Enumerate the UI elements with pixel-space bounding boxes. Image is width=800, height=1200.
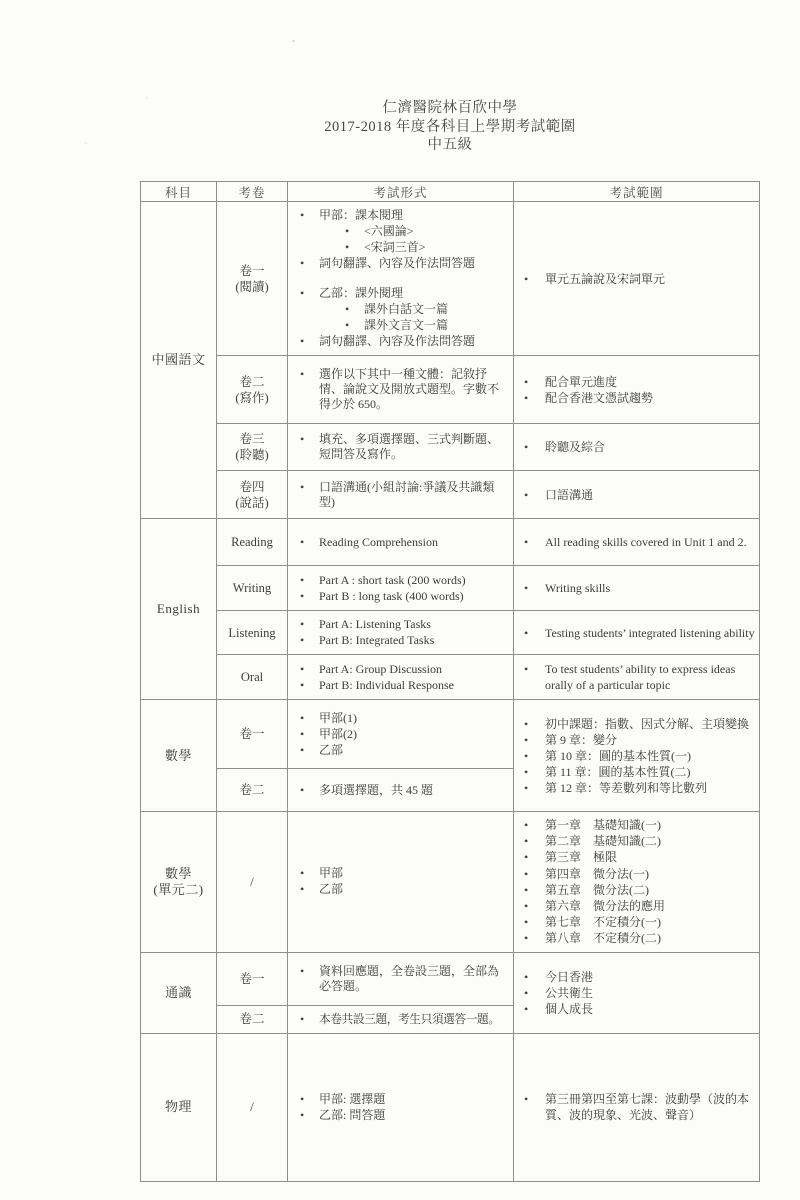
format-list: •多項選擇題，共 45 題 — [288, 777, 513, 804]
paper-cell: Listening — [217, 611, 288, 655]
format-text: 課外文言文一篇 — [364, 318, 509, 333]
bullet-icon: • — [524, 390, 545, 406]
scope-text: 第三章 極限 — [545, 849, 755, 865]
format-text: <宋詞三首> — [364, 240, 509, 255]
scope-item: •個人成長 — [524, 1001, 755, 1017]
bullet-icon: • — [524, 1001, 545, 1017]
table-row: 數學卷一•甲部(1)•甲部(2)•乙部•初中課題：指數、因式分解、主項變換•第 … — [141, 700, 760, 769]
scope-item: •第八章 不定積分(二) — [524, 930, 755, 946]
paper-label: 卷二 — [239, 1012, 264, 1026]
format-text: 多項選擇題，共 45 題 — [319, 783, 509, 798]
bullet-icon: • — [300, 535, 319, 550]
scope-item: •今日香港 — [524, 969, 755, 985]
format-item: •詞句翻譯、內容及作法問答題 — [300, 256, 509, 271]
scope-cell: •口語溝通 — [514, 471, 760, 519]
paper-label: (閱讀) — [235, 280, 268, 294]
paper-label: 卷二 — [239, 375, 264, 389]
bullet-icon: • — [524, 487, 545, 503]
bullet-icon: • — [345, 240, 364, 255]
bullet-icon: • — [300, 711, 319, 726]
bullet-icon: • — [524, 580, 545, 596]
format-text: 甲部：課本閱理 — [319, 208, 509, 223]
bullet-icon: • — [300, 964, 319, 979]
format-item: •甲部：課本閱理 — [300, 208, 509, 223]
scope-list: •初中課題：指數、因式分解、主項變換•第 9 章：變分•第 10 章：圓的基本性… — [514, 711, 759, 801]
format-text: 詞句翻譯、內容及作法問答題 — [319, 256, 509, 271]
bullet-icon: • — [524, 866, 545, 882]
format-text: 口語溝通(小組討論:爭議及共識類型) — [319, 480, 509, 510]
bullet-icon: • — [524, 985, 545, 1001]
bullet-icon: • — [300, 633, 319, 648]
bullet-icon: • — [300, 678, 319, 693]
bullet-icon: • — [300, 743, 319, 758]
format-item: •課外白話文一篇 — [345, 302, 509, 317]
format-item: •<宋詞三首> — [345, 240, 509, 255]
paper-label: 卷二 — [239, 783, 264, 797]
bullet-icon: • — [524, 817, 545, 833]
format-item: •乙部: 問答題 — [300, 1108, 509, 1123]
scope-item: •第 9 章：變分 — [524, 732, 755, 748]
format-item: •填充、多項選擇題、三式判斷題、短問答及寫作。 — [300, 432, 509, 462]
scope-text: 口語溝通 — [545, 487, 755, 503]
paper-cell: Oral — [217, 655, 288, 700]
bullet-icon: • — [300, 617, 319, 632]
bullet-icon: • — [300, 662, 319, 677]
bullet-icon: • — [524, 271, 545, 287]
scope-text: 個人成長 — [545, 1001, 755, 1017]
scope-text: 第七章 不定積分(一) — [545, 914, 755, 930]
format-text: <六國論> — [364, 224, 509, 239]
paper-label: 卷一 — [239, 727, 264, 741]
format-cell: •Part A: Group Discussion•Part B: Indivi… — [288, 655, 514, 700]
scope-list: •第三冊第四至第七課：波動學（波的本質、波的現象、光波、聲音） — [514, 1086, 759, 1128]
scope-item: •All reading skills covered in Unit 1 an… — [524, 534, 755, 550]
scope-text: 公共衛生 — [545, 985, 755, 1001]
table-row: Listening•Part A: Listening Tasks•Part B… — [141, 611, 760, 655]
format-cell: •選作以下其中一種文體：記敘抒情、論說文及開放式題型。字數不得少於 650。 — [288, 356, 514, 424]
format-cell: •Part A : short task (200 words)•Part B … — [288, 566, 514, 611]
bullet-icon: • — [524, 780, 545, 796]
scope-item: •第 11 章：圓的基本性質(二) — [524, 764, 755, 780]
bullet-icon: • — [300, 1108, 319, 1123]
subject-cell: 數學(單元二) — [141, 812, 217, 953]
format-text: 詞句翻譯、內容及作法問答題 — [319, 334, 509, 349]
format-text: 本卷共設三題，考生只須選答一題。 — [319, 1012, 509, 1027]
format-cell: •資料回應題，全卷設三題，全部為必答題。 — [288, 952, 514, 1005]
format-cell: •Reading Comprehension — [288, 519, 514, 566]
table-row: 中國語文卷一(閱讀)•甲部：課本閱理•<六國論>•<宋詞三首>•詞句翻譯、內容及… — [141, 202, 760, 356]
scope-text: 今日香港 — [545, 969, 755, 985]
format-text: 甲部 — [319, 866, 509, 881]
format-text: 乙部：課外閱理 — [319, 286, 509, 301]
paper-label: / — [250, 1100, 253, 1114]
format-text: 選作以下其中一種文體：記敘抒情、論說文及開放式題型。字數不得少於 650。 — [319, 367, 509, 412]
scope-list: •單元五論說及宋詞單元 — [514, 266, 759, 292]
bullet-icon: • — [300, 727, 319, 742]
paper-cell: Writing — [217, 566, 288, 611]
subject-label: English — [157, 601, 200, 616]
subject-label: 數學 — [165, 748, 192, 763]
bullet-icon: • — [524, 534, 545, 550]
table-row: 數學(單元二)/•甲部•乙部•第一章 基礎知識(一)•第二章 基礎知識(二)•第… — [141, 812, 760, 953]
scope-text: 第 10 章：圓的基本性質(一) — [545, 748, 755, 764]
bullet-icon: • — [524, 882, 545, 898]
scope-list: •第一章 基礎知識(一)•第二章 基礎知識(二)•第三章 極限•第四章 微分法(… — [514, 812, 759, 952]
format-list: •選作以下其中一種文體：記敘抒情、論說文及開放式題型。字數不得少於 650。 — [288, 361, 513, 418]
document-title-block: 仁濟醫院林百欣中學 2017-2018 年度各科目上學期考試範圍 中五級 — [141, 99, 759, 155]
scope-item: •第三冊第四至第七課：波動學（波的本質、波的現象、光波、聲音） — [524, 1091, 755, 1123]
format-item: •Part B: Integrated Tasks — [300, 633, 509, 648]
format-item: •乙部 — [300, 882, 509, 897]
format-item: •Reading Comprehension — [300, 535, 509, 550]
form-level: 中五級 — [141, 136, 759, 155]
document-title: 2017-2018 年度各科目上學期考試範圍 — [141, 118, 759, 137]
table-row: EnglishReading•Reading Comprehension•All… — [141, 519, 760, 566]
bullet-icon: • — [345, 224, 364, 239]
scope-text: Testing students’ integrated listening a… — [545, 625, 755, 641]
table-row: 卷四(說話)•口語溝通(小組討論:爭議及共識類型)•口語溝通 — [141, 471, 760, 519]
scope-text: 第八章 不定積分(二) — [545, 930, 755, 946]
format-item: •乙部：課外閱理 — [300, 286, 509, 301]
format-item: •Part B : long task (400 words) — [300, 589, 509, 604]
table-header-row: 科目 考卷 考試形式 考試範圍 — [141, 182, 760, 202]
format-cell: •甲部(1)•甲部(2)•乙部 — [288, 700, 514, 769]
format-list: •本卷共設三題，考生只須選答一題。 — [288, 1006, 513, 1033]
format-text: 乙部 — [319, 882, 509, 897]
format-cell: •甲部: 選擇題•乙部: 問答題 — [288, 1033, 514, 1181]
scope-item: •公共衛生 — [524, 985, 755, 1001]
format-text: 課外白話文一篇 — [364, 302, 509, 317]
format-list: •Reading Comprehension — [288, 529, 513, 556]
format-text: 乙部 — [319, 743, 509, 758]
paper-label: 卷一 — [239, 264, 264, 278]
format-item: •口語溝通(小組討論:爭議及共識類型) — [300, 480, 509, 510]
format-cell: •口語溝通(小組討論:爭議及共識類型) — [288, 471, 514, 519]
format-text: Part B: Individual Response — [319, 678, 509, 693]
scope-item: •初中課題：指數、因式分解、主項變換 — [524, 716, 755, 732]
scope-item: •第 12 章：等差數列和等比數列 — [524, 780, 755, 796]
scope-cell: •今日香港•公共衛生•個人成長 — [514, 952, 760, 1033]
format-item: •Part A: Listening Tasks — [300, 617, 509, 632]
scope-list: •口語溝通 — [514, 482, 759, 508]
format-list: •甲部•乙部 — [288, 860, 513, 903]
scope-text: To test students’ ability to express ide… — [545, 661, 755, 693]
format-text: Part A: Group Discussion — [319, 662, 509, 677]
bullet-icon: • — [300, 866, 319, 881]
spacer — [300, 272, 509, 285]
subject-cell: 數學 — [141, 700, 217, 812]
format-text: 填充、多項選擇題、三式判斷題、短問答及寫作。 — [319, 432, 509, 462]
paper-label: 卷四 — [239, 480, 264, 494]
paper-cell: 卷四(說話) — [217, 471, 288, 519]
format-cell: •多項選擇題，共 45 題 — [288, 769, 514, 812]
bullet-icon: • — [300, 480, 319, 495]
table-row: 卷三(聆聽)•填充、多項選擇題、三式判斷題、短問答及寫作。•聆聽及綜合 — [141, 424, 760, 471]
paper-label: (聆聽) — [235, 448, 268, 462]
paper-label: (寫作) — [235, 391, 268, 405]
scope-text: 初中課題：指數、因式分解、主項變換 — [545, 716, 755, 732]
paper-label: 卷三 — [239, 432, 264, 446]
school-name: 仁濟醫院林百欣中學 — [141, 99, 759, 118]
bullet-icon: • — [300, 573, 319, 588]
format-text: 乙部: 問答題 — [319, 1108, 509, 1123]
format-text: Part A: Listening Tasks — [319, 617, 509, 632]
scan-artifact — [84, 142, 88, 144]
bullet-icon: • — [524, 1091, 545, 1107]
paper-cell: 卷二(寫作) — [217, 356, 288, 424]
exam-scope-table: 科目 考卷 考試形式 考試範圍 中國語文卷一(閱讀)•甲部：課本閱理•<六國論>… — [140, 181, 760, 1182]
paper-cell: / — [217, 1033, 288, 1181]
scope-item: •聆聽及綜合 — [524, 439, 755, 455]
bullet-icon: • — [300, 1012, 319, 1027]
bullet-icon: • — [300, 589, 319, 604]
scope-item: •配合單元進度 — [524, 374, 755, 390]
scope-item: •第 10 章：圓的基本性質(一) — [524, 748, 755, 764]
bullet-icon: • — [524, 969, 545, 985]
format-item: •甲部(2) — [300, 727, 509, 742]
scope-cell: •Testing students’ integrated listening … — [514, 611, 760, 655]
scope-cell: •單元五論說及宋詞單元 — [514, 202, 760, 356]
scope-item: •第二章 基礎知識(二) — [524, 833, 755, 849]
scope-item: •第六章 微分法的應用 — [524, 898, 755, 914]
format-text: 資料回應題，全卷設三題，全部為必答題。 — [319, 964, 509, 994]
format-text: 甲部: 選擇題 — [319, 1092, 509, 1107]
format-list: •甲部：課本閱理•<六國論>•<宋詞三首>•詞句翻譯、內容及作法問答題•乙部：課… — [288, 202, 513, 355]
scope-cell: •To test students’ ability to express id… — [514, 655, 760, 700]
format-text: 甲部(2) — [319, 727, 509, 742]
subject-cell: 通識 — [141, 952, 217, 1033]
scope-list: •配合單元進度•配合香港文憑試趨勢 — [514, 369, 759, 411]
scope-text: 第五章 微分法(二) — [545, 882, 755, 898]
scope-text: 單元五論說及宋詞單元 — [545, 271, 755, 287]
format-cell: •甲部：課本閱理•<六國論>•<宋詞三首>•詞句翻譯、內容及作法問答題•乙部：課… — [288, 202, 514, 356]
bullet-icon: • — [524, 930, 545, 946]
table-row: 卷二(寫作)•選作以下其中一種文體：記敘抒情、論說文及開放式題型。字數不得少於 … — [141, 356, 760, 424]
bullet-icon: • — [300, 367, 319, 382]
paper-label: 卷一 — [239, 972, 264, 986]
subject-label: 中國語文 — [151, 352, 205, 367]
bullet-icon: • — [300, 882, 319, 897]
table-row: Oral•Part A: Group Discussion•Part B: In… — [141, 655, 760, 700]
scope-text: 第 9 章：變分 — [545, 732, 755, 748]
paper-label: Writing — [233, 581, 271, 595]
bullet-icon: • — [524, 716, 545, 732]
bullet-icon: • — [524, 849, 545, 865]
paper-cell: 卷一 — [217, 700, 288, 769]
column-header-subject: 科目 — [141, 182, 217, 202]
subject-label: (單元二) — [153, 882, 203, 897]
scan-artifact — [292, 40, 295, 42]
scope-item: •單元五論說及宋詞單元 — [524, 271, 755, 287]
table-row: 物理/•甲部: 選擇題•乙部: 問答題•第三冊第四至第七課：波動學（波的本質、波… — [141, 1033, 760, 1181]
bullet-icon: • — [524, 748, 545, 764]
scope-item: •第七章 不定積分(一) — [524, 914, 755, 930]
paper-label: Listening — [228, 626, 275, 640]
bullet-icon: • — [524, 764, 545, 780]
format-item: •選作以下其中一種文體：記敘抒情、論說文及開放式題型。字數不得少於 650。 — [300, 367, 509, 412]
paper-cell: 卷二 — [217, 769, 288, 812]
scope-list: •All reading skills covered in Unit 1 an… — [514, 529, 759, 555]
scanned-page: 仁濟醫院林百欣中學 2017-2018 年度各科目上學期考試範圍 中五級 科目 … — [0, 0, 800, 1200]
format-text: Part B : long task (400 words) — [319, 589, 509, 604]
format-item: •<六國論> — [345, 224, 509, 239]
paper-label: Oral — [241, 670, 263, 684]
bullet-icon: • — [300, 1092, 319, 1107]
paper-cell: / — [217, 812, 288, 953]
scope-text: 第六章 微分法的應用 — [545, 898, 755, 914]
format-cell: •Part A: Listening Tasks•Part B: Integra… — [288, 611, 514, 655]
format-list: •資料回應題，全卷設三題，全部為必答題。 — [288, 958, 513, 1000]
subject-cell: 中國語文 — [141, 202, 217, 519]
format-item: •詞句翻譯、內容及作法問答題 — [300, 334, 509, 349]
paper-label: / — [250, 875, 253, 889]
scope-text: 第三冊第四至第七課：波動學（波的本質、波的現象、光波、聲音） — [545, 1091, 755, 1123]
column-header-scope: 考試範圍 — [514, 182, 760, 202]
format-text: Part B: Integrated Tasks — [319, 633, 509, 648]
bullet-icon: • — [300, 783, 319, 798]
format-text: 甲部(1) — [319, 711, 509, 726]
bullet-icon: • — [524, 898, 545, 914]
format-item: •本卷共設三題，考生只須選答一題。 — [300, 1012, 509, 1027]
bullet-icon: • — [300, 286, 319, 301]
subject-cell: 物理 — [141, 1033, 217, 1181]
subject-cell: English — [141, 519, 217, 700]
scope-text: 聆聽及綜合 — [545, 439, 755, 455]
format-item: •Part B: Individual Response — [300, 678, 509, 693]
format-item: •甲部(1) — [300, 711, 509, 726]
bullet-icon: • — [300, 334, 319, 349]
paper-cell: Reading — [217, 519, 288, 566]
scope-item: •第一章 基礎知識(一) — [524, 817, 755, 833]
bullet-icon: • — [524, 374, 545, 390]
scope-list: •今日香港•公共衛生•個人成長 — [514, 964, 759, 1022]
format-item: •Part A : short task (200 words) — [300, 573, 509, 588]
bullet-icon: • — [524, 914, 545, 930]
scope-text: 第二章 基礎知識(二) — [545, 833, 755, 849]
paper-cell: 卷三(聆聽) — [217, 424, 288, 471]
scope-item: •口語溝通 — [524, 487, 755, 503]
scope-text: All reading skills covered in Unit 1 and… — [545, 534, 755, 550]
format-list: •Part A: Group Discussion•Part B: Indivi… — [288, 656, 513, 699]
format-cell: •填充、多項選擇題、三式判斷題、短問答及寫作。 — [288, 424, 514, 471]
scope-cell: •第一章 基礎知識(一)•第二章 基礎知識(二)•第三章 極限•第四章 微分法(… — [514, 812, 760, 953]
format-list: •口語溝通(小組討論:爭議及共識類型) — [288, 474, 513, 516]
scope-cell: •第三冊第四至第七課：波動學（波的本質、波的現象、光波、聲音） — [514, 1033, 760, 1181]
scope-text: 第四章 微分法(一) — [545, 866, 755, 882]
paper-cell: 卷一(閱讀) — [217, 202, 288, 356]
bullet-icon: • — [524, 625, 545, 641]
scope-item: •第四章 微分法(一) — [524, 866, 755, 882]
paper-cell: 卷二 — [217, 1005, 288, 1033]
scope-text: 配合香港文憑試趨勢 — [545, 390, 755, 406]
scope-text: 配合單元進度 — [545, 374, 755, 390]
format-item: •甲部 — [300, 866, 509, 881]
bullet-icon: • — [345, 302, 364, 317]
scope-text: 第 12 章：等差數列和等比數列 — [545, 780, 755, 796]
format-text: Part A : short task (200 words) — [319, 573, 509, 588]
scope-cell: •配合單元進度•配合香港文憑試趨勢 — [514, 356, 760, 424]
scope-cell: •聆聽及綜合 — [514, 424, 760, 471]
scope-list: •聆聽及綜合 — [514, 434, 759, 460]
scope-item: •第五章 微分法(二) — [524, 882, 755, 898]
format-item: •Part A: Group Discussion — [300, 662, 509, 677]
column-header-paper: 考卷 — [217, 182, 288, 202]
format-list: •Part A: Listening Tasks•Part B: Integra… — [288, 611, 513, 654]
subject-label: 數學 — [165, 866, 192, 881]
paper-cell: 卷一 — [217, 952, 288, 1005]
bullet-icon: • — [524, 661, 545, 677]
format-item: •乙部 — [300, 743, 509, 758]
table-row: 通識卷一•資料回應題，全卷設三題，全部為必答題。•今日香港•公共衛生•個人成長 — [141, 952, 760, 1005]
scope-text: 第一章 基礎知識(一) — [545, 817, 755, 833]
scope-item: •Writing skills — [524, 580, 755, 596]
scope-list: •Testing students’ integrated listening … — [514, 620, 759, 646]
scope-item: •To test students’ ability to express id… — [524, 661, 755, 693]
paper-label: (說話) — [235, 496, 268, 510]
scope-text: 第 11 章：圓的基本性質(二) — [545, 764, 755, 780]
scope-item: •第三章 極限 — [524, 849, 755, 865]
scope-item: •Testing students’ integrated listening … — [524, 625, 755, 641]
scope-list: •Writing skills — [514, 575, 759, 601]
scope-cell: •初中課題：指數、因式分解、主項變換•第 9 章：變分•第 10 章：圓的基本性… — [514, 700, 760, 812]
format-item: •多項選擇題，共 45 題 — [300, 783, 509, 798]
table-row: Writing•Part A : short task (200 words)•… — [141, 566, 760, 611]
paper-label: Reading — [231, 535, 273, 549]
format-list: •甲部(1)•甲部(2)•乙部 — [288, 705, 513, 764]
format-item: •甲部: 選擇題 — [300, 1092, 509, 1107]
format-item: •資料回應題，全卷設三題，全部為必答題。 — [300, 964, 509, 994]
format-cell: •本卷共設三題，考生只須選答一題。 — [288, 1005, 514, 1033]
bullet-icon: • — [524, 833, 545, 849]
format-item: •課外文言文一篇 — [345, 318, 509, 333]
scope-item: •配合香港文憑試趨勢 — [524, 390, 755, 406]
format-list: •Part A : short task (200 words)•Part B … — [288, 567, 513, 610]
scope-cell: •All reading skills covered in Unit 1 an… — [514, 519, 760, 566]
column-header-format: 考試形式 — [288, 182, 514, 202]
scope-cell: •Writing skills — [514, 566, 760, 611]
subject-label: 通識 — [165, 985, 192, 1000]
scope-text: Writing skills — [545, 580, 755, 596]
format-cell: •甲部•乙部 — [288, 812, 514, 953]
bullet-icon: • — [300, 256, 319, 271]
bullet-icon: • — [345, 318, 364, 333]
subject-label: 物理 — [165, 1099, 192, 1114]
bullet-icon: • — [524, 732, 545, 748]
format-list: •填充、多項選擇題、三式判斷題、短問答及寫作。 — [288, 426, 513, 468]
format-list: •甲部: 選擇題•乙部: 問答題 — [288, 1086, 513, 1129]
format-text: Reading Comprehension — [319, 535, 509, 550]
scope-list: •To test students’ ability to express id… — [514, 656, 759, 698]
bullet-icon: • — [300, 208, 319, 223]
bullet-icon: • — [300, 432, 319, 447]
bullet-icon: • — [524, 439, 545, 455]
